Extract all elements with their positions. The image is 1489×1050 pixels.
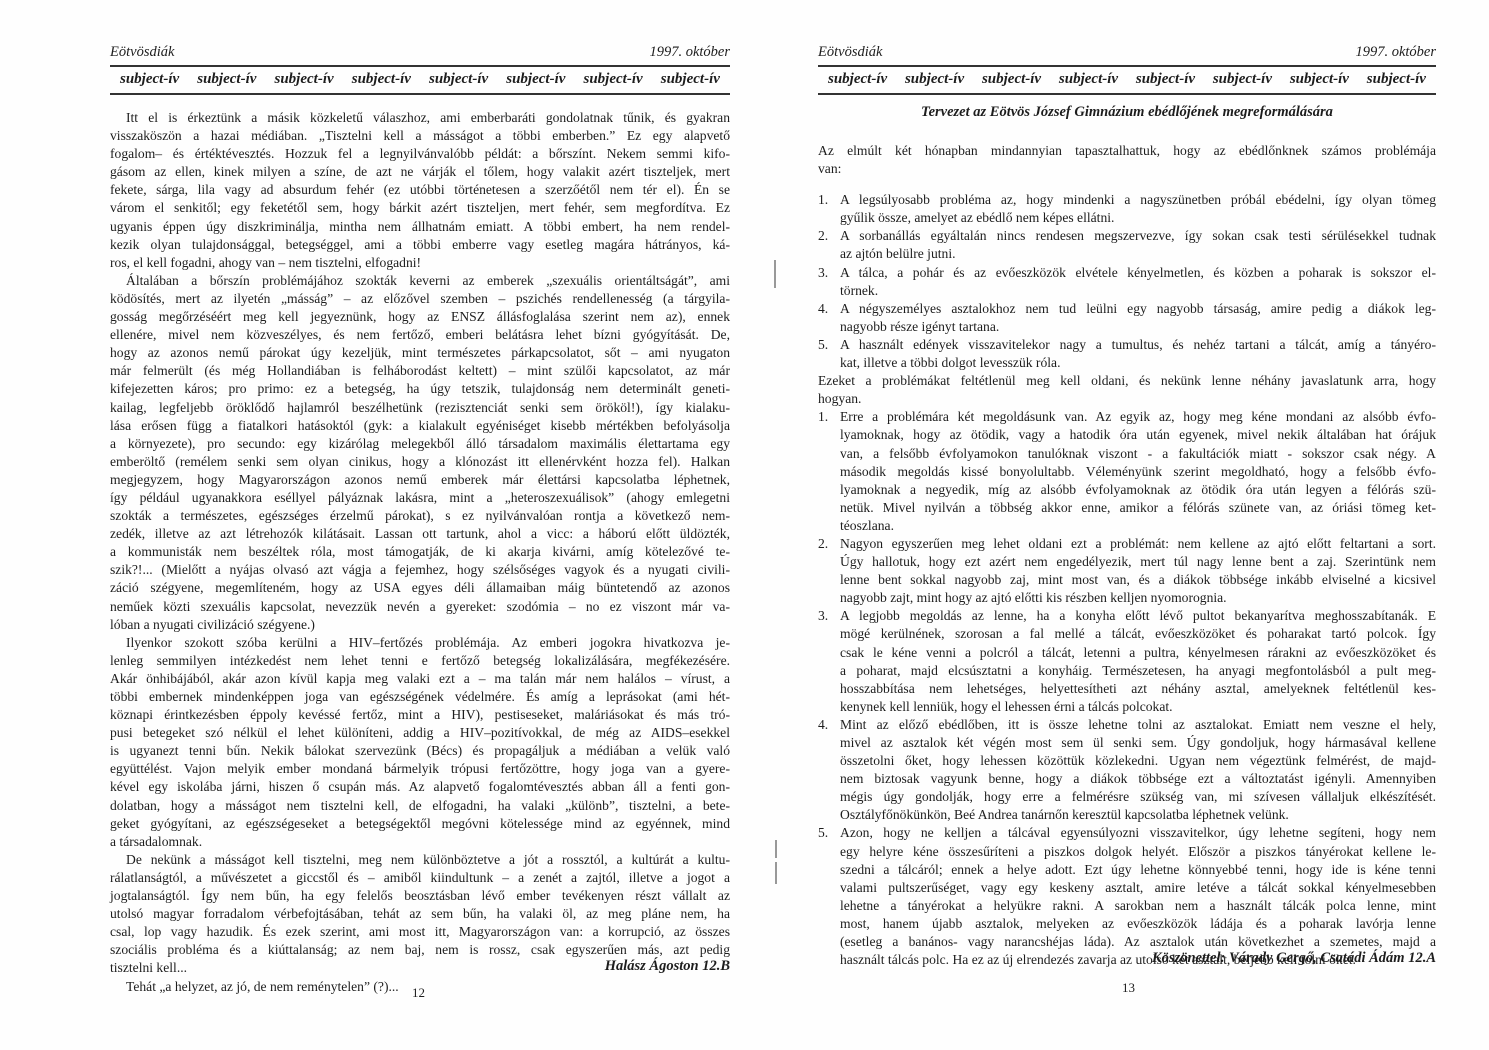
text-line: ködösítés, mert az ilyetén „másság” – az…: [110, 290, 730, 308]
list-item: 2.A sorbanállás egyáltalán nincs rendese…: [818, 227, 1436, 263]
text-line: A négyszemélyes asztalokhoz nem tud leül…: [818, 300, 1436, 318]
text-line: kenynek kell lenniük, hogy el lehessen é…: [818, 698, 1436, 716]
text-line: Nagyon egyszerűen meg lehet oldani ezt a…: [818, 535, 1436, 553]
section-label: subject-ív: [506, 67, 565, 91]
text-line: lenne bent sokkal nagyobb zaj, mint most…: [818, 571, 1436, 589]
section-label: subject-ív: [982, 67, 1041, 91]
list-item: 4.A négyszemélyes asztalokhoz nem tud le…: [818, 300, 1436, 336]
text-line: lenleg semmilyen intézkedést nem lehet t…: [110, 652, 730, 670]
list-item: 1.A legsúlyosabb probléma az, hogy minde…: [818, 191, 1436, 227]
text-line: pusi betegeket szó nélkül el lehet külön…: [110, 724, 730, 742]
section-label: subject-ív: [661, 67, 720, 91]
text-line: összetolni őket, hogy lehessen közöttük …: [818, 752, 1436, 770]
text-line: téoszlana.: [818, 517, 1436, 535]
text-line: a kommunisták nem beszéltek róla, most t…: [110, 543, 730, 561]
text-line: nagyobb része igényt tartana.: [818, 318, 1436, 336]
section-label: subject-ív: [120, 67, 179, 91]
section-band-labels: subject-ív subject-ív subject-ív subject…: [818, 67, 1436, 91]
text-line: ros, el kell fogadni, ahogy van – nem ti…: [110, 254, 730, 272]
section-label: subject-ív: [828, 67, 887, 91]
text-line: A használt edények visszavitelekor nagy …: [818, 336, 1436, 354]
section-label: subject-ív: [1213, 67, 1272, 91]
text-line: második megoldás kissé bonyolultabb. Vél…: [818, 463, 1436, 481]
section-label: subject-ív: [1367, 67, 1426, 91]
section-label: subject-ív: [905, 67, 964, 91]
text-line: lyamoknak a negyedik, míg az alsóbb évfo…: [818, 481, 1436, 499]
text-line: Mint az előző ebédlőben, itt is össze le…: [818, 716, 1436, 734]
text-line: egy helyre kéne összesűríteni a piszkos …: [818, 843, 1436, 861]
text-line: szokták a természetes, egészséges érzelm…: [110, 507, 730, 525]
text-line: záció szégyene, megemlíteném, hogy az US…: [110, 579, 730, 597]
text-line: Akár önhibájából, akár azon kívül kapja …: [110, 670, 730, 688]
text-line: gyűlik össze, amelyet az ebédlő nem képe…: [818, 209, 1436, 227]
list-item: 3.A tálca, a pohár és az evőeszközök elv…: [818, 264, 1436, 300]
text-line: kailag, legfeljebb öröklődő hajlamról be…: [110, 399, 730, 417]
article-body: Az elmúlt két hónapban mindannyian tapas…: [818, 142, 1436, 969]
page-number: 12: [412, 985, 425, 1001]
list-item: 4.Mint az előző ebédlőben, itt is össze …: [818, 716, 1436, 825]
list-item: 3.A legjobb megoldás az lenne, ha a kony…: [818, 607, 1436, 716]
list-number: 1.: [818, 408, 828, 426]
text-line: Osztályfőnökünkön, Beé Andrea tanárnőn k…: [818, 806, 1436, 824]
list-number: 4.: [818, 716, 828, 734]
spacer: [818, 178, 1436, 191]
text-line: Ilyenkor szokott szóba kerülni a HIV–fer…: [110, 634, 730, 652]
text-line: most, hanem újabb asztalok, melyeken az …: [818, 915, 1436, 933]
text-line: ellenére, mivel nem közveszélyes, és nem…: [110, 326, 730, 344]
list-number: 2.: [818, 227, 828, 245]
text-line: Ezeket a problémákat feltétlenül meg kel…: [818, 372, 1436, 390]
issue-date: 1997. október: [649, 44, 730, 61]
text-line: emberöltő (remélem senki sem olyan cinik…: [110, 453, 730, 471]
text-line: lása erősen függ a fiatalkori hatásoktól…: [110, 417, 730, 435]
text-line: a környezete), pro secundo: egy kizáróla…: [110, 435, 730, 453]
text-line: van:: [818, 160, 1436, 178]
text-line: Úgy hallotuk, hogy ezt azért nem engedél…: [818, 553, 1436, 571]
text-line: (esetleg a banános- vagy narancshéjas lá…: [818, 933, 1436, 951]
list-number: 5.: [818, 336, 828, 354]
text-line: csak le kéne venni a polcról a tálcát, l…: [818, 644, 1436, 662]
text-line: A sorbanállás egyáltalán nincs rendesen …: [818, 227, 1436, 245]
list-item: 5.Azon, hogy ne kelljen a tálcával egyen…: [818, 824, 1436, 969]
text-line: fogalom– és értéktévesztés. Hozzuk fel a…: [110, 145, 730, 163]
text-line: is ugyanezt tenni bűn. Nekik bálokat sze…: [110, 742, 730, 760]
text-line: visszaköszön a hazai médiában. „Tiszteln…: [110, 127, 730, 145]
text-line: többi embernek mindenképpen joga van egé…: [110, 688, 730, 706]
scan-mark: [774, 262, 776, 288]
text-line: kifejezetten káros; pro primo: ez a bete…: [110, 380, 730, 398]
text-line: nem biztosak vagyunk benne, hogy a diáko…: [818, 770, 1436, 788]
text-line: az ajtón belülre jutni.: [818, 245, 1436, 263]
text-line: köznapi érintkezésben éppoly kevéssé fer…: [110, 706, 730, 724]
text-line: A legjobb megoldás az lenne, ha a konyha…: [818, 607, 1436, 625]
text-line: kezik olyan tulajdonsággal, betegséggel,…: [110, 236, 730, 254]
text-line: geket gyógyítani, az egészségeseket a be…: [110, 815, 730, 833]
text-line: szedni a tálcáról; ennek a helye adott. …: [818, 861, 1436, 879]
list-number: 3.: [818, 607, 828, 625]
section-band: subject-ív subject-ív subject-ív subject…: [818, 65, 1436, 95]
text-line: van, a felsőbb évfolyamokon tanulóknak v…: [818, 445, 1436, 463]
list-number: 2.: [818, 535, 828, 553]
section-label: subject-ív: [1136, 67, 1195, 91]
list-number: 4.: [818, 300, 828, 318]
text-line: kével egy iskolába járni, hiszen ő csupá…: [110, 778, 730, 796]
section-label: subject-ív: [197, 67, 256, 91]
list-item: 5.A használt edények visszavitelekor nag…: [818, 336, 1436, 372]
list-item: 2.Nagyon egyszerűen meg lehet oldani ezt…: [818, 535, 1436, 607]
text-line: nagyobb zajt, mint hogy az ajtó előtti k…: [818, 589, 1436, 607]
list-item: 1.Erre a problémára két megoldásunk van.…: [818, 408, 1436, 535]
text-line: törnek.: [818, 282, 1436, 300]
text-line: Erre a problémára két megoldásunk van. A…: [818, 408, 1436, 426]
text-line: Az elmúlt két hónapban mindannyian tapas…: [818, 142, 1436, 160]
text-line: csal, lop vagy hazudik. És ezek szerint,…: [110, 923, 730, 941]
text-line: hosszabbítása nem lehetséges, helyettesí…: [818, 680, 1436, 698]
text-line: így például ugyanakkora eséllyel pályázn…: [110, 489, 730, 507]
section-band: subject-ív subject-ív subject-ív subject…: [110, 65, 730, 95]
running-head: Eötvösdiák 1997. október: [110, 44, 730, 62]
page-number: 13: [1122, 980, 1135, 996]
text-line: utolsó magyar forradalom vérbefojtásában…: [110, 905, 730, 923]
list-number: 3.: [818, 264, 828, 282]
text-line: A legsúlyosabb probléma az, hogy mindenk…: [818, 191, 1436, 209]
publication-name: Eötvösdiák: [818, 44, 882, 61]
text-line: Azon, hogy ne kelljen a tálcával egyensú…: [818, 824, 1436, 842]
section-label: subject-ív: [352, 67, 411, 91]
text-line: gosság megőrzéséért meg kell jegyeznünk,…: [110, 308, 730, 326]
text-line: dolatban, hogy a másságot nem tisztelni …: [110, 797, 730, 815]
scan-mark: [775, 840, 777, 858]
section-label: subject-ív: [275, 67, 334, 91]
text-line: szociális probléma és a kiúttalanság; az…: [110, 941, 730, 959]
text-line: hogy az azonos nemű párokat úgy kezeljük…: [110, 344, 730, 362]
author-signature: Halász Ágoston 12.B: [605, 958, 730, 975]
text-line: fekete, sárga, lila vagy ad absurdum feh…: [110, 181, 730, 199]
text-line: Itt el is érkeztünk a másik közkeletű vá…: [110, 109, 730, 127]
text-line: megjegyzem, hogy Magyarországon azonos n…: [110, 471, 730, 489]
text-line: hogyan.: [818, 390, 1436, 408]
list-number: 1.: [818, 191, 828, 209]
text-line: lyamoknak, hogy az ötödik, vagy a hatodi…: [818, 426, 1436, 444]
text-line: A tálca, a pohár és az evőeszközök elvét…: [818, 264, 1436, 282]
left-page: Eötvösdiák 1997. október subject-ív subj…: [110, 0, 730, 1050]
text-line: neműek közti szexuális kapcsolat, nevezz…: [110, 598, 730, 616]
text-line: valami pultszerűséget, vagy egy keskeny …: [818, 879, 1436, 897]
text-line: már felmerült (és még Hollandiában is fe…: [110, 362, 730, 380]
text-line: gásom az ellen, kinek milyen a színe, de…: [110, 163, 730, 181]
text-line: Általában a bőrszín problémájához szoktá…: [110, 272, 730, 290]
section-label: subject-ív: [1059, 67, 1118, 91]
scan-mark: [775, 862, 777, 884]
text-line: várom el senkitől; egy feketétől sem, ho…: [110, 199, 730, 217]
text-line: lóban a nyugati civilizáció szégyene.): [110, 616, 730, 634]
text-line: a társadalomnak.: [110, 833, 730, 851]
section-band-labels: subject-ív subject-ív subject-ív subject…: [110, 67, 730, 91]
text-line: zedék, illetve az azt létrehozók kilátás…: [110, 525, 730, 543]
text-line: a poharat, majd elcsúsztatni a konyháig.…: [818, 662, 1436, 680]
text-line: jogtalanságtól. Így nem bűn, ha egy fele…: [110, 887, 730, 905]
section-label: subject-ív: [429, 67, 488, 91]
text-line: De nekünk a másságot kell tisztelni, meg…: [110, 851, 730, 869]
running-head: Eötvösdiák 1997. október: [818, 44, 1436, 62]
list-number: 5.: [818, 824, 828, 842]
text-line: mivel az asztalok két végén most sem ül …: [818, 734, 1436, 752]
text-line: rálatlanságtól, a művészetet a giccstől …: [110, 869, 730, 887]
text-line: mögé kerülnének, szorosan a fal mellé a …: [818, 625, 1436, 643]
text-line: lehetne a tányérokat a helyükre rakni. A…: [818, 897, 1436, 915]
section-label: subject-ív: [1290, 67, 1349, 91]
text-line: kat, illetve a többi dolgot levesszük ró…: [818, 354, 1436, 372]
text-line: együttélést. Vajon melyik ember mondaná …: [110, 760, 730, 778]
article-title: Tervezet az Eötvös József Gimnázium ebéd…: [818, 104, 1436, 121]
article-body: Itt el is érkeztünk a másik közkeletű vá…: [110, 109, 730, 996]
right-page: Eötvösdiák 1997. október subject-ív subj…: [818, 0, 1436, 1050]
section-label: subject-ív: [584, 67, 643, 91]
author-signature: Köszönettel: Várady Gergő, Csatádi Ádám …: [1152, 950, 1436, 967]
text-line: szik?!... (Mielőtt a nyájas olvasó azt v…: [110, 561, 730, 579]
issue-date: 1997. október: [1355, 44, 1436, 61]
publication-name: Eötvösdiák: [110, 44, 174, 61]
text-line: mégis úgy gondolják, hogy erre a felméré…: [818, 788, 1436, 806]
text-line: netük. Mivel nyilván a többség akkor enn…: [818, 499, 1436, 517]
text-line: ugyanis éppen úgy diszkriminálja, mintha…: [110, 218, 730, 236]
